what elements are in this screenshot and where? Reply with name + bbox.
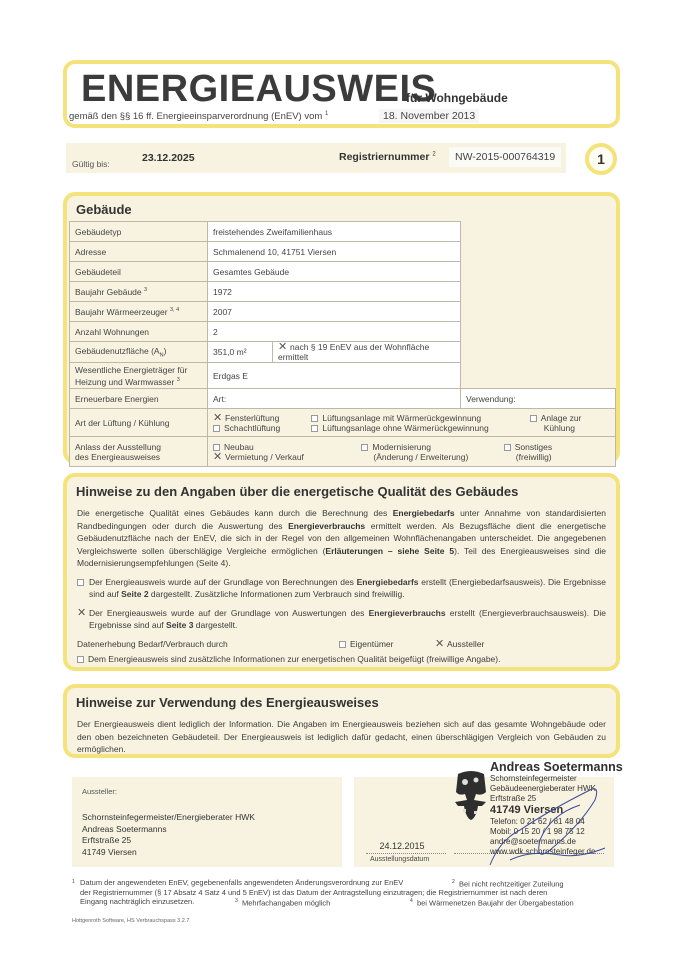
- data-collection-issuer[interactable]: ✕Aussteller: [435, 638, 484, 651]
- certificate-header: ENERGIEAUSWEIS für Wohngebäude gemäß den…: [63, 60, 620, 128]
- footnotes: 1Datum der angewendeten EnEV, gegebenenf…: [80, 878, 640, 907]
- issuer-address: Schornsteinfegermeister/Energieberater H…: [82, 812, 255, 858]
- checkbox-icon: [77, 656, 84, 663]
- additional-info-option[interactable]: Dem Energieausweis sind zusätzliche Info…: [67, 653, 616, 666]
- reason-option-modernisation[interactable]: Modernisierung(Änderung / Erweiterung): [361, 442, 501, 462]
- registration-number: NW-2015-000764319: [449, 147, 561, 167]
- registration-label: Registriernummer 2: [339, 151, 436, 163]
- data-collection-owner[interactable]: Eigentümer: [339, 638, 393, 651]
- renewables-type: Art:: [208, 389, 461, 409]
- ventilation-options: ✕Fensterlüftung Schachtlüftung Lüftungsa…: [208, 409, 616, 437]
- building-photo-area: [461, 222, 616, 389]
- checked-x-icon: ✕: [213, 414, 222, 422]
- issuer-label: Aussteller:: [82, 787, 117, 796]
- valid-until-label: Gültig bis:: [72, 159, 110, 169]
- checkbox-icon: [213, 444, 220, 451]
- ventilation-option-window[interactable]: ✕Fensterlüftung: [213, 413, 279, 423]
- energy-carrier-label: Wesentliche Energieträger fürHeizung und…: [70, 363, 208, 389]
- ventilation-option-shaft[interactable]: Schachtlüftung: [213, 423, 280, 433]
- checkbox-icon: [530, 415, 537, 422]
- row-label: Anzahl Wohnungen: [70, 322, 208, 342]
- area-value: 351,0 m²: [208, 342, 273, 363]
- row-label: Adresse: [70, 242, 208, 262]
- row-value: 1972: [208, 282, 461, 302]
- reason-option-new-build[interactable]: Neubau: [213, 442, 254, 452]
- checked-x-icon: ✕: [278, 343, 287, 351]
- ventilation-label: Art der Lüftung / Kühlung: [70, 409, 208, 437]
- checkbox-icon: [339, 641, 346, 648]
- valid-until-value: 23.12.2025: [142, 152, 195, 164]
- reason-label: Anlass der Ausstellungdes Energieausweis…: [70, 437, 208, 467]
- section-title: Gebäude: [67, 196, 616, 222]
- reason-options: Neubau ✕Vermietung / Verkauf Modernisier…: [208, 437, 616, 467]
- validity-row: Gültig bis: 23.12.2025 Registriernummer …: [66, 143, 566, 173]
- checkbox-icon: [77, 579, 84, 586]
- data-collection-row: Datenerhebung Bedarf/Verbrauch durch Eig…: [67, 638, 616, 653]
- section-title: Hinweise zu den Angaben über die energet…: [67, 477, 616, 507]
- page-number-badge: 1: [585, 143, 617, 175]
- section-title: Hinweise zur Verwendung des Energieauswe…: [67, 688, 616, 718]
- checked-x-icon: ✕: [213, 453, 222, 461]
- ventilation-option-no-heat-recovery[interactable]: Lüftungsanlage ohne Wärmerückgewinnung: [311, 423, 488, 433]
- ventilation-option-cooling[interactable]: Anlage zurKühlung: [530, 413, 582, 433]
- area-method-checkbox[interactable]: ✕nach § 19 EnEV aus der Wohnfläche ermit…: [273, 342, 461, 363]
- issuer-box: Aussteller: Schornsteinfegermeister/Ener…: [72, 777, 342, 867]
- renewables-label: Erneuerbare Energien: [70, 389, 208, 409]
- checkbox-icon: [504, 444, 511, 451]
- renewables-use: Verwendung:: [461, 389, 616, 409]
- row-label: Baujahr Wärmeerzeuger 3, 4: [70, 302, 208, 322]
- row-value: Gesamtes Gebäude: [208, 262, 461, 282]
- usage-text: Der Energieausweis dient lediglich der I…: [67, 718, 616, 756]
- signature-icon: [480, 780, 610, 870]
- checkbox-icon: [213, 425, 220, 432]
- issue-date: 24.12.2015: [372, 841, 432, 851]
- checkbox-icon: [311, 425, 318, 432]
- usage-hints-section: Hinweise zur Verwendung des Energieauswe…: [63, 684, 620, 758]
- row-value: Schmalenend 10, 41751 Viersen: [208, 242, 461, 262]
- law-reference: gemäß den §§ 16 ff. Energieeinsparverord…: [69, 111, 328, 122]
- area-label: Gebäudenutzfläche (AN): [70, 342, 208, 363]
- data-collection-label: Datenerhebung Bedarf/Verbrauch durch: [77, 639, 228, 649]
- document-subtitle: für Wohngebäude: [406, 91, 508, 105]
- checkbox-icon: [311, 415, 318, 422]
- row-label: Baujahr Gebäude 3: [70, 282, 208, 302]
- row-value: freistehendes Zweifamilienhaus: [208, 222, 461, 242]
- consumption-certificate-option[interactable]: ✕Der Energieausweis wurde auf der Grundl…: [67, 607, 616, 632]
- quality-hints-section: Hinweise zu den Angaben über die energet…: [63, 473, 620, 671]
- table-row: Gebäudetyp freistehendes Zweifamilienhau…: [70, 222, 616, 242]
- row-value: 2007: [208, 302, 461, 322]
- row-value: 2: [208, 322, 461, 342]
- building-section: Gebäude Gebäudetyp freistehendes Zweifam…: [63, 192, 620, 464]
- reason-option-rent-sale[interactable]: ✕Vermietung / Verkauf: [213, 452, 304, 462]
- row-label: Gebäudetyp: [70, 222, 208, 242]
- demand-certificate-option[interactable]: Der Energieausweis wurde auf der Grundla…: [67, 576, 616, 601]
- checked-x-icon: ✕: [77, 609, 86, 617]
- issue-date-label: Ausstellungsdatum: [370, 856, 429, 863]
- table-row: Erneuerbare Energien Art: Verwendung:: [70, 389, 616, 409]
- table-row: Anlass der Ausstellungdes Energieausweis…: [70, 437, 616, 467]
- divider: [366, 853, 446, 854]
- reason-option-other[interactable]: Sonstiges(freiwillig): [504, 442, 552, 462]
- checked-x-icon: ✕: [435, 640, 444, 648]
- checkbox-icon: [361, 444, 368, 451]
- building-table: Gebäudetyp freistehendes Zweifamilienhau…: [69, 221, 616, 467]
- energy-carrier-value: Erdgas E: [208, 363, 461, 389]
- table-row: Art der Lüftung / Kühlung ✕Fensterlüftun…: [70, 409, 616, 437]
- law-date: 18. November 2013: [379, 109, 479, 123]
- software-credit: Hottgenroth Software, HS Verbrauchspass …: [72, 918, 189, 924]
- document-title: ENERGIEAUSWEIS: [81, 68, 436, 111]
- row-label: Gebäudeteil: [70, 262, 208, 282]
- ventilation-option-heat-recovery[interactable]: Lüftungsanlage mit Wärmerückgewinnung: [311, 413, 481, 423]
- quality-intro-text: Die energetische Qualität eines Gebäudes…: [67, 507, 616, 570]
